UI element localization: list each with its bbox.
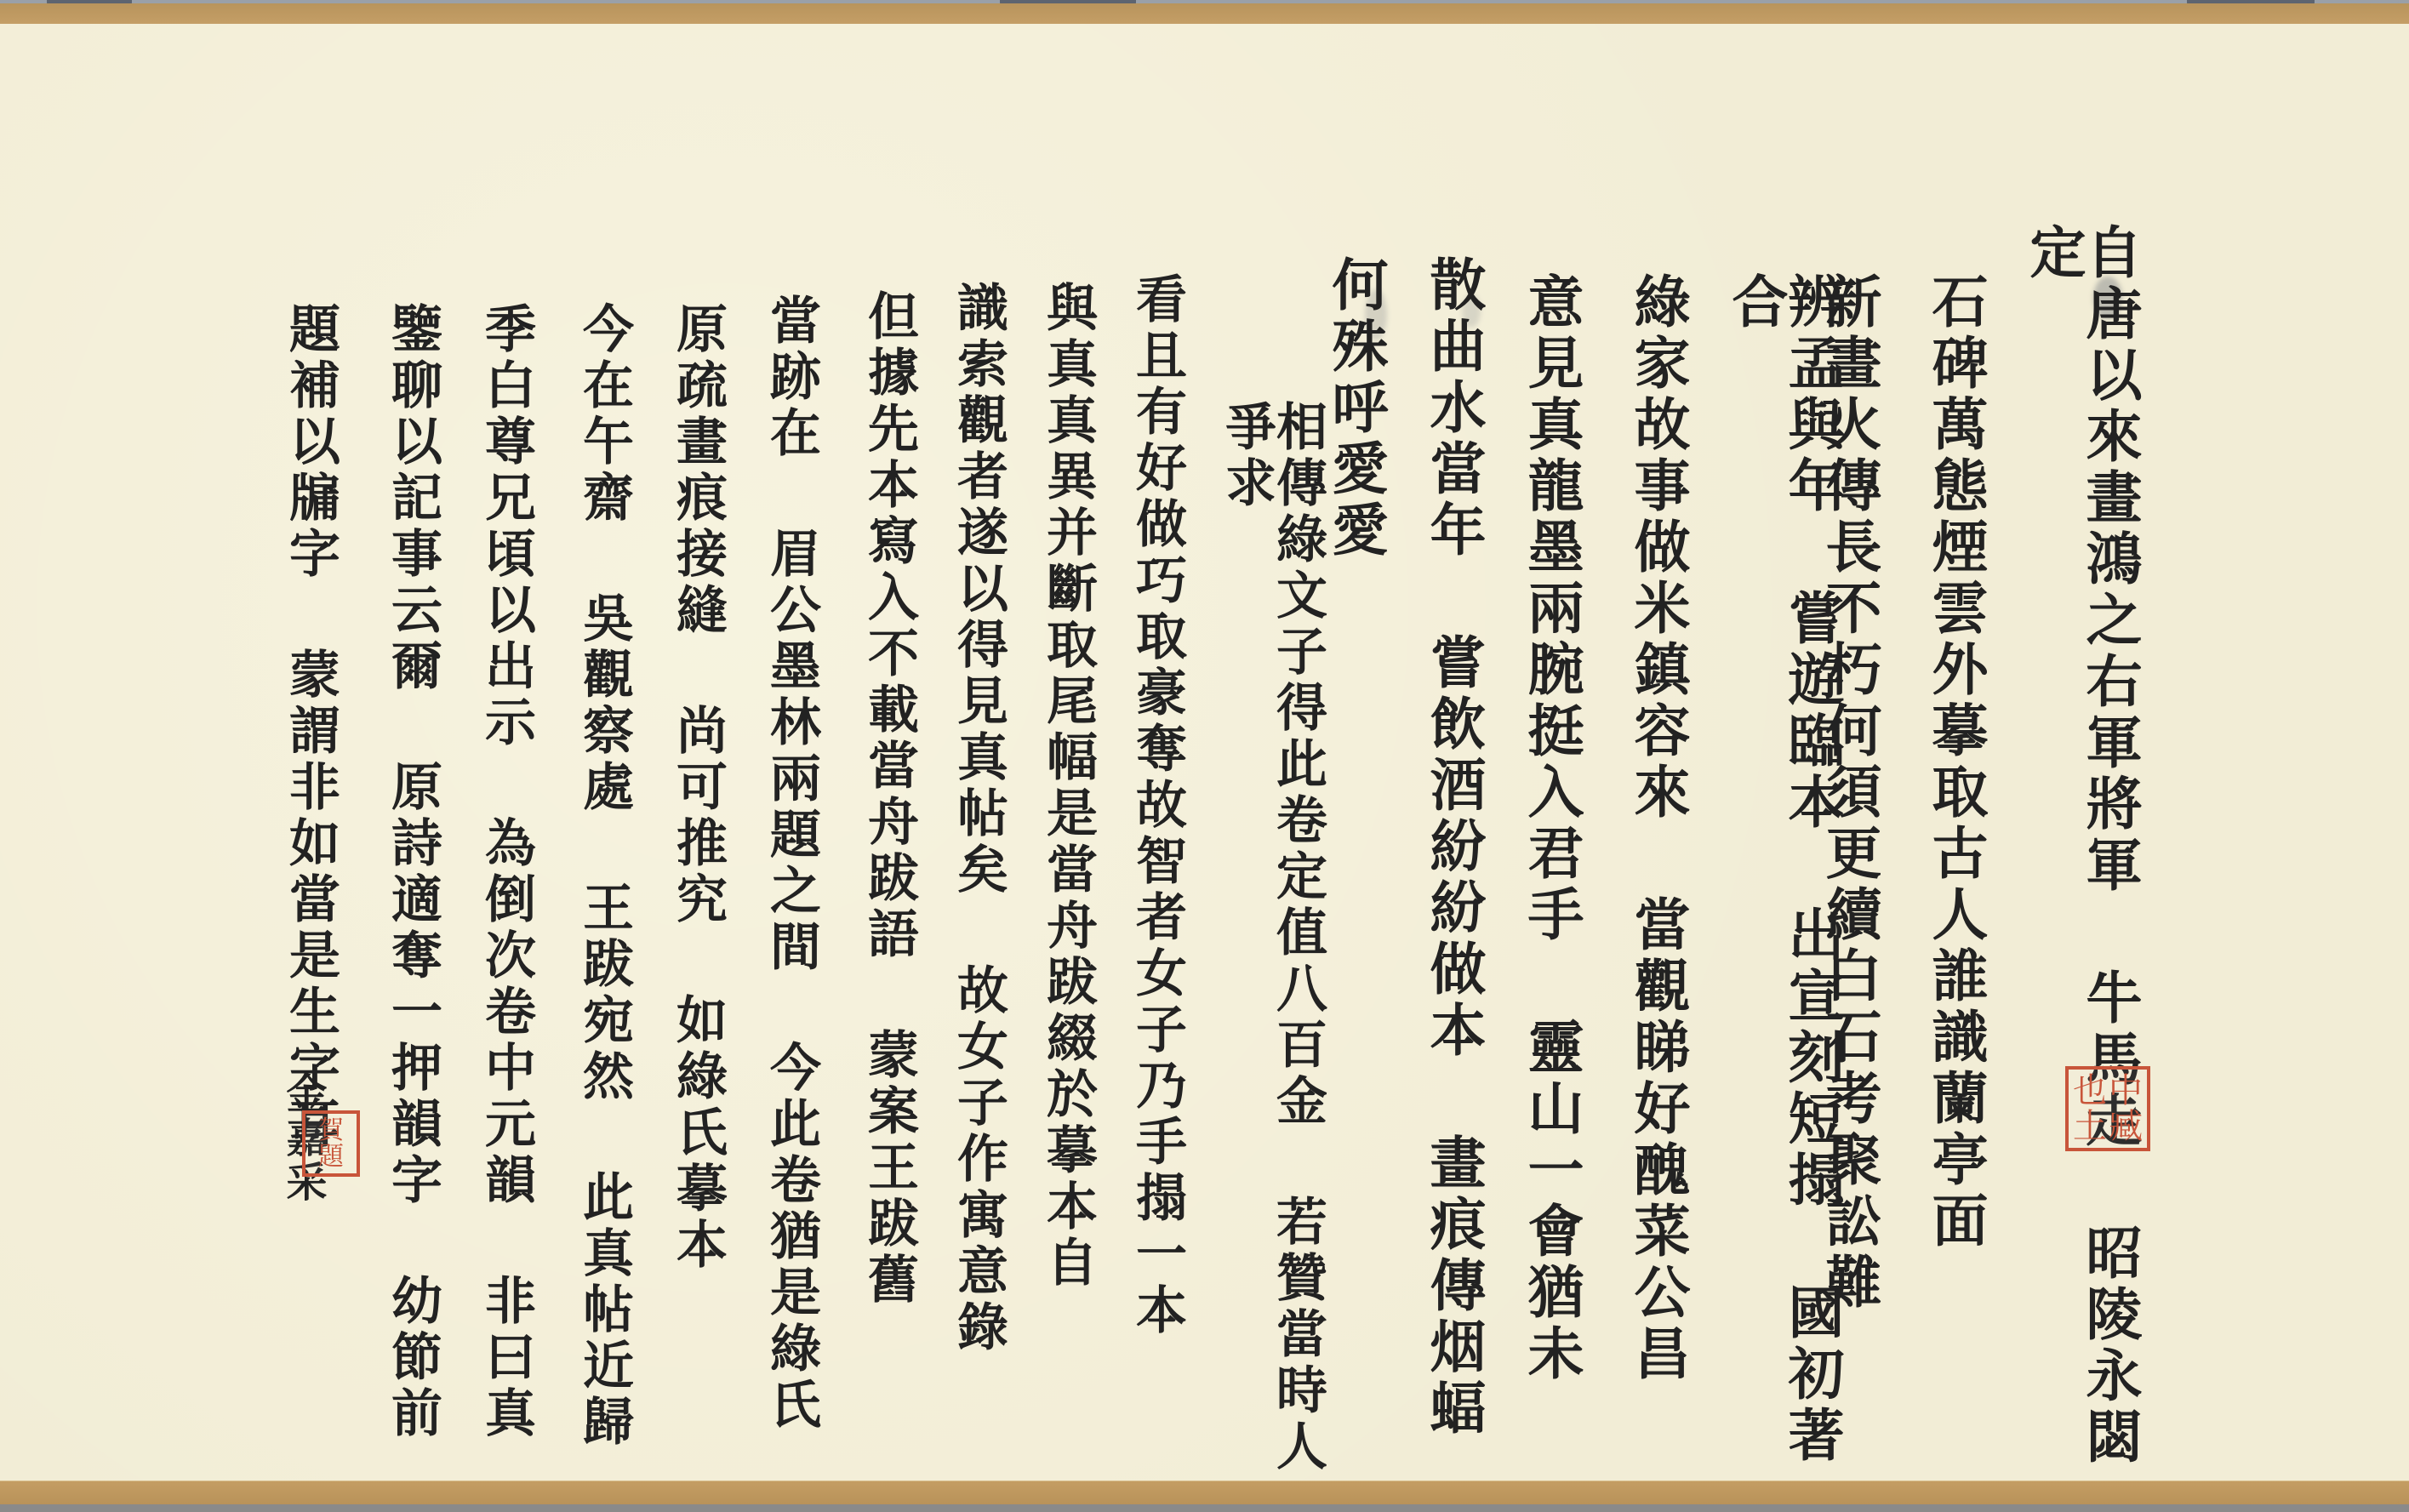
mount-border-bottom: [0, 1481, 2409, 1505]
text-column: 題補以牖字 蒙謂非如當是生字耳: [285, 302, 336, 1153]
text-column: 原疏畫痕接縫 尚可推究 如綠氏摹本: [672, 302, 723, 1274]
text-column: 散曲水當年 嘗飲酒紛紛做本 畫痕傳烟蝠: [1425, 255, 1481, 1440]
text-column: 自唐以來畫鴻之右軍將軍 牛馬走 昭陵永閟定: [2025, 223, 2138, 1512]
text-column: 識索觀者遂以得見真帖矣 故女子作寓意錄: [953, 281, 1004, 1356]
red-seal-right: 中 也 臧 土: [2065, 1066, 2150, 1151]
text-column: 相傳綠文子得此卷定值八百金 若贊當時人爭求: [1221, 400, 1323, 1512]
text-column: 看且有好做巧取豪奪故智者女子乃手搨一本: [1132, 272, 1183, 1339]
text-column: 石碑萬態煙雲外摹取古人誰識蘭亭面: [1927, 272, 1984, 1252]
mount-border-top: [0, 3, 2409, 25]
text-column: 何殊呼愛愛: [1327, 255, 1384, 562]
text-column: 季白尊兄頃以出示 為倒次卷中元韻 非曰真: [481, 302, 532, 1442]
text-column: 今在午齋 吳觀察處 王跋宛然 此真帖近歸: [579, 302, 630, 1451]
text-column: 但據先本寫入不載當舟跋語 蒙案王跋舊: [864, 289, 915, 1309]
text-column: 當跡在 眉公墨林兩題之間 今此卷猶是綠氏: [766, 294, 817, 1434]
text-column: 意見真龍墨兩腕挺入君手 靈山一會猶未: [1523, 272, 1579, 1385]
text-column: 鑒聊以記事云爾 原詩適奪一押韻字 幼節前: [387, 302, 438, 1442]
text-column: 綠家故事做米鎮容來 當觀睇好醜菜公昌: [1630, 272, 1686, 1385]
red-seal-left: 賀 題: [302, 1110, 360, 1177]
text-column: 與真真異并斷取尾幅是當舟跋綴於摹本自: [1042, 281, 1093, 1292]
text-column: 辨孟與年 嘗遊臨本 出宣刻短搨 國初著合: [1727, 272, 1840, 1512]
scroll-bottom-edge: [0, 1504, 2409, 1512]
